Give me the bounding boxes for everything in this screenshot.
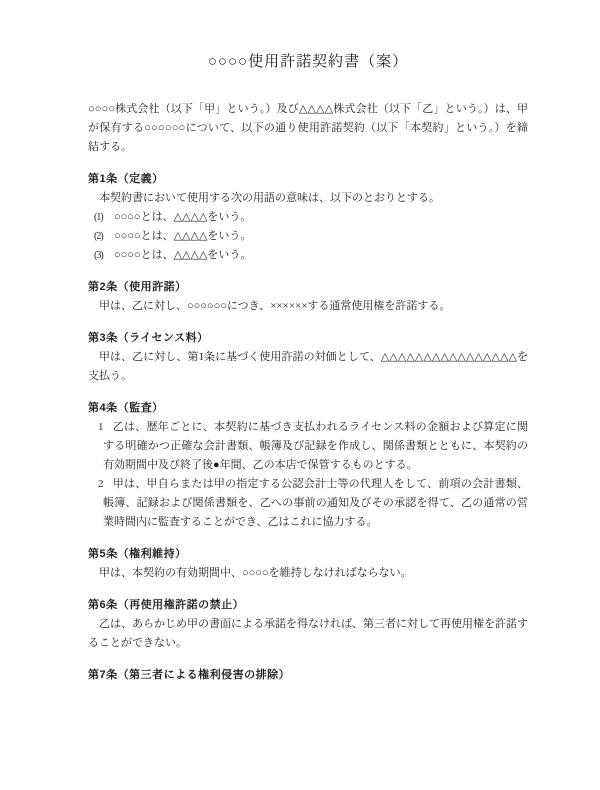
preamble: ○○○○株式会社（以下「甲」という。）及び△△△△株式会社（以下「乙」という。）… — [88, 100, 528, 157]
article-1-body: 本契約書において使用する次の用語の意味は、以下のとおりとする。 — [88, 189, 528, 208]
definition-item-3-text: ○○○○とは、△△△△をいう。 — [114, 249, 251, 261]
article-3-body: 甲は、乙に対し、第1条に基づく使用許諾の対価として、△△△△△△△△△△△△△△… — [88, 348, 528, 386]
article-4-clause-2-text: 甲は、甲自らまたは甲の指定する公認会計士等の代理人をして、前項の会計書類、帳簿、… — [103, 478, 528, 528]
article-2-license-grant: 第2条（使用許諾） 甲は、乙に対し、○○○○○○につき、××××××する通常使用… — [88, 278, 528, 316]
article-7-heading: 第7条（第三者による権利侵害の排除） — [88, 666, 528, 685]
article-3-license-fee: 第3条（ライセンス料） 甲は、乙に対し、第1条に基づく使用許諾の対価として、△△… — [88, 329, 528, 386]
article-4-clause-2-number: 2 — [98, 478, 104, 490]
document-title: ○○○○使用許諾契約書（案） — [88, 50, 528, 74]
article-4-audit: 第4条（監査） 1乙は、歴年ごとに、本契約に基づき支払われるライセンス料の金額お… — [88, 399, 528, 532]
article-6-heading: 第6条（再使用権許諾の禁止） — [88, 596, 528, 615]
definition-item-2-text: ○○○○とは、△△△△をいう。 — [114, 230, 251, 242]
article-7-infringement-exclusion: 第7条（第三者による権利侵害の排除） — [88, 666, 528, 685]
definition-item-2-number: (2) — [94, 227, 109, 246]
article-1-definitions: 第1条（定義） 本契約書において使用する次の用語の意味は、以下のとおりとする。 … — [88, 170, 528, 265]
article-6-sublicense-prohibition: 第6条（再使用権許諾の禁止） 乙は、あらかじめ甲の書面による承諾を得なければ、第… — [88, 596, 528, 653]
article-2-body: 甲は、乙に対し、○○○○○○につき、××××××する通常使用権を許諾する。 — [88, 297, 528, 316]
definition-item-1: (1)○○○○とは、△△△△をいう。 — [94, 208, 528, 227]
article-1-heading: 第1条（定義） — [88, 170, 528, 189]
definition-item-3: (3)○○○○とは、△△△△をいう。 — [94, 246, 528, 265]
definition-item-3-number: (3) — [94, 246, 109, 265]
article-4-clause-1: 1乙は、歴年ごとに、本契約に基づき支払われるライセンス料の金額および算定に関する… — [88, 418, 528, 475]
article-5-rights-maintenance: 第5条（権利維持） 甲は、本契約の有効期間中、○○○○を維持しなければならない。 — [88, 545, 528, 583]
article-4-heading: 第4条（監査） — [88, 399, 528, 418]
definition-item-1-text: ○○○○とは、△△△△をいう。 — [114, 211, 251, 223]
definition-item-2: (2)○○○○とは、△△△△をいう。 — [94, 227, 528, 246]
article-4-clause-1-text: 乙は、歴年ごとに、本契約に基づき支払われるライセンス料の金額および算定に関する明… — [103, 421, 528, 471]
article-4-clause-2: 2甲は、甲自らまたは甲の指定する公認会計士等の代理人をして、前項の会計書類、帳簿… — [88, 475, 528, 532]
contract-document-page: ○○○○使用許諾契約書（案） ○○○○株式会社（以下「甲」という。）及び△△△△… — [0, 0, 600, 790]
article-6-body: 乙は、あらかじめ甲の書面による承諾を得なければ、第三者に対して再使用権を許諾する… — [88, 615, 528, 653]
article-2-heading: 第2条（使用許諾） — [88, 278, 528, 297]
definition-list: (1)○○○○とは、△△△△をいう。 (2)○○○○とは、△△△△をいう。 (3… — [88, 208, 528, 265]
article-5-heading: 第5条（権利維持） — [88, 545, 528, 564]
article-5-body: 甲は、本契約の有効期間中、○○○○を維持しなければならない。 — [88, 564, 528, 583]
definition-item-1-number: (1) — [94, 208, 109, 227]
article-3-heading: 第3条（ライセンス料） — [88, 329, 528, 348]
article-4-clause-1-number: 1 — [98, 421, 104, 433]
